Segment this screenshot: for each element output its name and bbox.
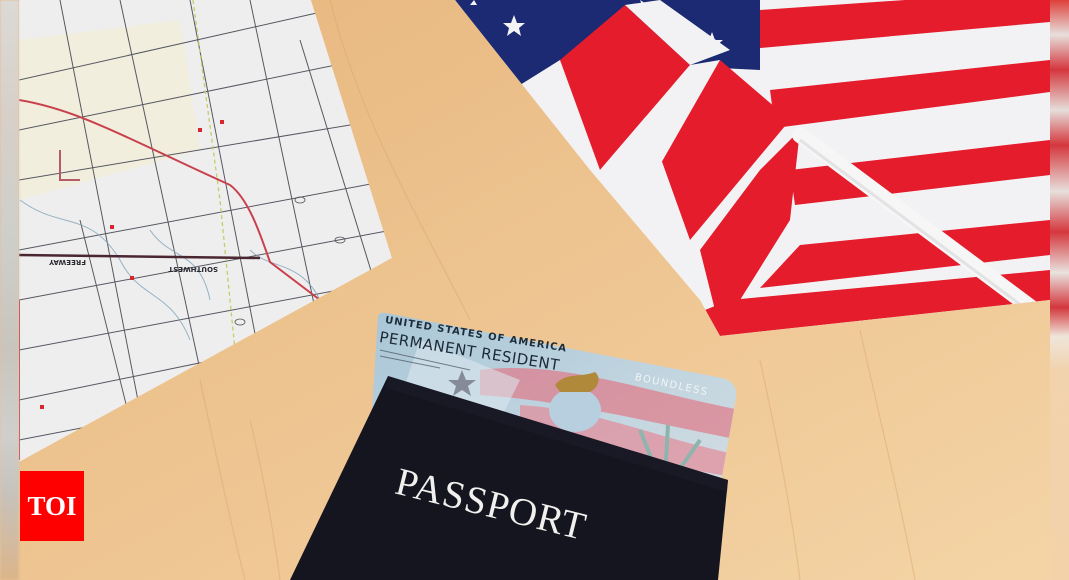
map-label-freeway: FREEWAY [49, 258, 86, 266]
blur-edge-left [0, 0, 19, 580]
blur-edge-right [1050, 0, 1069, 580]
map-label-southwest: SOUTHWEST [168, 265, 218, 273]
toi-logo-text: TOI [27, 493, 76, 520]
toi-logo-badge: TOI [20, 471, 84, 541]
news-hero-image: SOUTHWEST FREEWAY UNITED STATES OF AMERI… [0, 0, 1069, 580]
